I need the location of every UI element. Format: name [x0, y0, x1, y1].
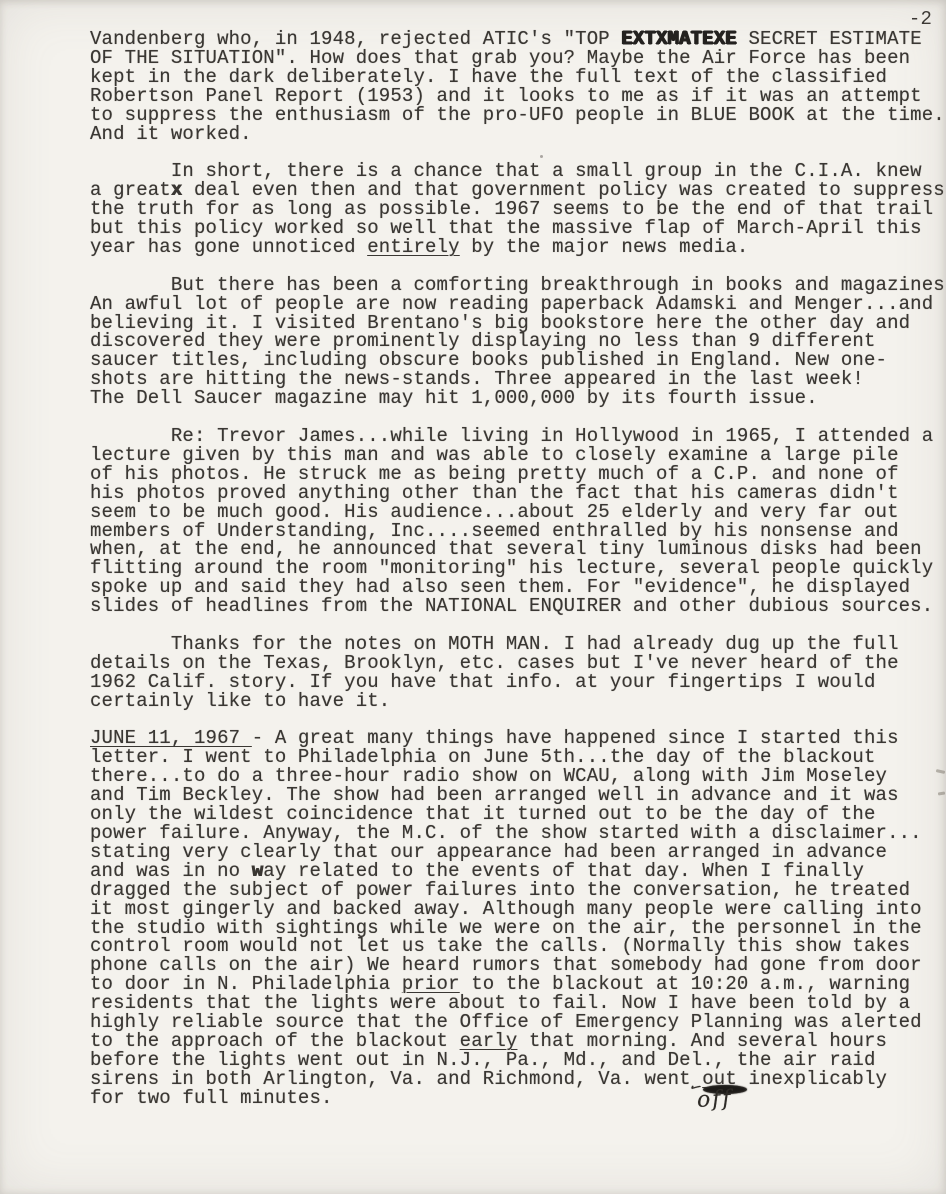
paragraph: JUNE 11, 1967 - A great many things have…	[90, 729, 946, 1107]
text-line: of his photos. He struck me as being pre…	[90, 465, 946, 484]
text-line: Thanks for the notes on MOTH MAN. I had …	[90, 635, 946, 654]
text-line: The Dell Saucer magazine may hit 1,000,0…	[90, 389, 946, 408]
text-line: details on the Texas, Brooklyn, etc. cas…	[90, 654, 946, 673]
text-line: 1962 Calif. story. If you have that info…	[90, 673, 946, 692]
text-line: kept in the dark deliberately. I have th…	[90, 68, 946, 87]
paragraph: Thanks for the notes on MOTH MAN. I had …	[90, 635, 946, 711]
text-line: his photos proved anything other than th…	[90, 484, 946, 503]
text-line: lecture given by this man and was able t…	[90, 446, 946, 465]
text-line: it most gingerly and backed away. Althou…	[90, 900, 946, 919]
annotated-word: out✓off	[702, 1068, 737, 1090]
text-line: certainly like to have it.	[90, 692, 946, 711]
text-line: stating very clearly that our appearance…	[90, 843, 946, 862]
text-line: OF THE SITUATION". How does that grab yo…	[90, 49, 946, 68]
text-line: year has gone unnoticed entirely by the …	[90, 238, 946, 257]
paragraph: In short, there is a chance that a small…	[90, 162, 946, 257]
text-line: and was in no way related to the events …	[90, 862, 946, 881]
text-line: slides of headlines from the NATIONAL EN…	[90, 597, 946, 616]
handwritten-off: off	[697, 1090, 733, 1111]
text-line: seem to be much good. His audience...abo…	[90, 503, 946, 522]
text-line: But there has been a comforting breakthr…	[90, 276, 946, 295]
text-line: Robertson Panel Report (1953) and it loo…	[90, 87, 946, 106]
document-page: -2 Vandenberg who, in 1948, rejected ATI…	[0, 0, 946, 1194]
text-line: to suppress the enthusiasm of the pro-UF…	[90, 106, 946, 125]
text-line: before the lights went out in N.J., Pa.,…	[90, 1051, 946, 1070]
text-line: sirens in both Arlington, Va. and Richmo…	[90, 1070, 946, 1089]
text-line: An awful lot of people are now reading p…	[90, 295, 946, 314]
text-line: dragged the subject of power failures in…	[90, 881, 946, 900]
paragraph: Re: Trevor James...while living in Holly…	[90, 427, 946, 616]
text-line: And it worked.	[90, 125, 946, 144]
page-number: -2	[909, 8, 932, 30]
text-segment: entirely	[367, 236, 459, 258]
text-line: for two full minutes.	[90, 1089, 946, 1108]
paragraph: Vandenberg who, in 1948, rejected ATIC's…	[90, 30, 946, 143]
paragraph: But there has been a comforting breakthr…	[90, 276, 946, 408]
document-body: Vandenberg who, in 1948, rejected ATIC's…	[90, 30, 946, 1108]
